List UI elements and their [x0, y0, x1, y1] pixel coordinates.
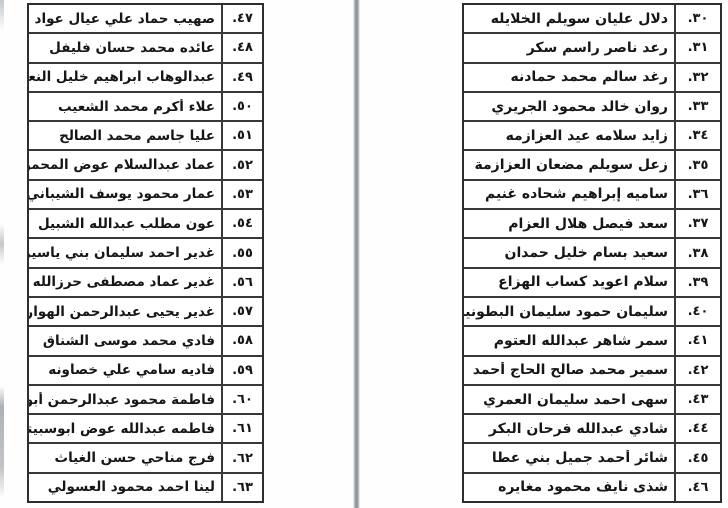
serial-number-cell: ٣٢.	[674, 64, 720, 91]
name-cell: رعد ناصر راسم سكر	[464, 40, 674, 56]
serial-number-cell: ٤٩.	[221, 64, 262, 91]
name-cell: فادي محمد موسى الشناق	[29, 333, 221, 349]
name-cell: سمير محمد صالح الحاج أحمد	[464, 362, 674, 378]
serial-number-cell: ٦٣.	[221, 474, 262, 501]
table-row: ٣٤. زايد سلامه عيد العزازمه	[464, 120, 720, 149]
table-row: ٤٦. شذى نايف محمود مغايره	[464, 472, 720, 501]
name-cell: عبدالوهاب ابراهيم خليل النعيم	[29, 69, 221, 85]
serial-number-cell: ٤١.	[674, 327, 720, 354]
table-row: ٦٠. فاطمة محمود عبدالرحمن أبو عجمية	[29, 384, 262, 413]
name-cell: صهيب حماد علي عيال عواد	[29, 11, 221, 27]
serial-number-cell: ٣١.	[674, 34, 720, 61]
serial-number-cell: ٣٩.	[674, 269, 720, 296]
serial-number-cell: ٤٣.	[674, 386, 720, 413]
names-table-47-63: ٤٧. صهيب حماد علي عيال عواد ٤٨. عائده مح…	[27, 3, 264, 503]
table-row: ٤٣. سهى احمد سليمان العمري	[464, 384, 720, 413]
table-row: ٣٢. رغد سالم محمد حمادنه	[464, 62, 720, 91]
serial-number-cell: ٣٨.	[674, 239, 720, 266]
serial-number-cell: ٥٢.	[221, 151, 262, 178]
table-row: ٣١. رعد ناصر راسم سكر	[464, 32, 720, 61]
serial-number-cell: ٥٩.	[221, 357, 262, 384]
name-cell: زعل سويلم مضعان العزازمة	[464, 157, 674, 173]
table-row: ٤٨. عائده محمد حسان فليفل	[29, 32, 262, 61]
name-cell: عليا جاسم محمد الصالح	[29, 128, 221, 144]
scanned-document-page: ٤٧. صهيب حماد علي عيال عواد ٤٨. عائده مح…	[0, 0, 728, 508]
table-row: ٤١. سمر شاهر عبدالله العتوم	[464, 325, 720, 354]
table-row: ٥٤. عون مطلب عبدالله الشبيل	[29, 208, 262, 237]
serial-number-cell: ٤٨.	[221, 34, 262, 61]
name-cell: غدير عماد مصطفى حرزالله	[29, 274, 221, 290]
name-cell: غدير احمد سليمان بني ياسين	[29, 245, 221, 261]
name-cell: فاطمة محمود عبدالرحمن أبو عجمية	[29, 392, 221, 408]
serial-number-cell: ٦٢.	[221, 444, 262, 471]
serial-number-cell: ٤٦.	[674, 474, 720, 501]
serial-number-cell: ٦٠.	[221, 386, 262, 413]
table-row: ٥٦. غدير عماد مصطفى حرزالله	[29, 267, 262, 296]
serial-number-cell: ٣٣.	[674, 93, 720, 120]
serial-number-cell: ٥٤.	[221, 210, 262, 237]
name-cell: عمار محمود يوسف الشيباني	[29, 186, 221, 202]
name-cell: دلال عليان سويلم الخلايله	[464, 11, 674, 27]
table-row: ٥٥. غدير احمد سليمان بني ياسين	[29, 237, 262, 266]
name-cell: عائده محمد حسان فليفل	[29, 40, 221, 56]
name-cell: عماد عبدالسلام عوض المحمود	[29, 157, 221, 173]
table-row: ٥٨. فادي محمد موسى الشناق	[29, 325, 262, 354]
name-cell: ساميه إبراهيم شحاده غنيم	[464, 186, 674, 202]
table-row: ٦١. فاطمه عبدالله عوض ابوسبيتان	[29, 413, 262, 442]
name-cell: روان خالد محمود الجريري	[464, 99, 674, 115]
name-cell: لينا احمد محمود العسولي	[29, 479, 221, 495]
table-row: ٥٧. غدير يحيى عبدالرحمن الهواري	[29, 296, 262, 325]
table-row: ٥٣. عمار محمود يوسف الشيباني	[29, 179, 262, 208]
name-cell: رغد سالم محمد حمادنه	[464, 69, 674, 85]
serial-number-cell: ٣٦.	[674, 181, 720, 208]
center-fold-scan-line	[353, 0, 360, 508]
name-cell: فرج مناحي حسن الغياث	[29, 450, 221, 466]
table-row: ٣٠. دلال عليان سويلم الخلايله	[464, 5, 720, 32]
table-row: ٤٤. شادي عبدالله فرحان البكر	[464, 413, 720, 442]
name-cell: غدير يحيى عبدالرحمن الهواري	[29, 304, 221, 320]
table-row: ٣٥. زعل سويلم مضعان العزازمة	[464, 149, 720, 178]
serial-number-cell: ٤٥.	[674, 444, 720, 471]
serial-number-cell: ٤٤.	[674, 415, 720, 442]
table-row: ٤٠. سليمان حمود سليمان البطونيه	[464, 296, 720, 325]
table-row: ٥٠. علاء أكرم محمد الشعيب	[29, 91, 262, 120]
serial-number-cell: ٣٠.	[674, 5, 720, 32]
table-row: ٤٥. شائر أحمد جميل بني عطا	[464, 442, 720, 471]
serial-number-cell: ٥٨.	[221, 327, 262, 354]
table-row: ٥١. عليا جاسم محمد الصالح	[29, 120, 262, 149]
serial-number-cell: ٤٠.	[674, 298, 720, 325]
serial-number-cell: ٦١.	[221, 415, 262, 442]
name-cell: سمر شاهر عبدالله العتوم	[464, 333, 674, 349]
table-row: ٤٧. صهيب حماد علي عيال عواد	[29, 5, 262, 32]
table-row: ٥٢. عماد عبدالسلام عوض المحمود	[29, 149, 262, 178]
serial-number-cell: ٥١.	[221, 122, 262, 149]
name-cell: سهى احمد سليمان العمري	[464, 392, 674, 408]
name-cell: شذى نايف محمود مغايره	[464, 479, 674, 495]
table-row: ٣٨. سعيد بسام خليل حمدان	[464, 237, 720, 266]
name-cell: سعيد بسام خليل حمدان	[464, 245, 674, 261]
table-row: ٣٧. سعد فيصل هلال العزام	[464, 208, 720, 237]
serial-number-cell: ٣٥.	[674, 151, 720, 178]
name-cell: شادي عبدالله فرحان البكر	[464, 421, 674, 437]
name-cell: سعد فيصل هلال العزام	[464, 216, 674, 232]
table-row: ٣٩. سلام اعويد كساب الهزاع	[464, 267, 720, 296]
table-row: ٣٦. ساميه إبراهيم شحاده غنيم	[464, 179, 720, 208]
serial-number-cell: ٤٢.	[674, 357, 720, 384]
serial-number-cell: ٥٦.	[221, 269, 262, 296]
name-cell: علاء أكرم محمد الشعيب	[29, 99, 221, 115]
serial-number-cell: ٥٧.	[221, 298, 262, 325]
name-cell: زايد سلامه عيد العزازمه	[464, 128, 674, 144]
table-row: ٣٣. روان خالد محمود الجريري	[464, 91, 720, 120]
serial-number-cell: ٥٥.	[221, 239, 262, 266]
table-row: ٤٢. سمير محمد صالح الحاج أحمد	[464, 355, 720, 384]
serial-number-cell: ٥٣.	[221, 181, 262, 208]
left-page-edge-artifact	[0, 0, 4, 508]
serial-number-cell: ٥٠.	[221, 93, 262, 120]
serial-number-cell: ٤٧.	[221, 5, 262, 32]
name-cell: عون مطلب عبدالله الشبيل	[29, 216, 221, 232]
table-row: ٥٩. فاديه سامي علي خصاونه	[29, 355, 262, 384]
name-cell: سلام اعويد كساب الهزاع	[464, 274, 674, 290]
table-row: ٦٢. فرج مناحي حسن الغياث	[29, 442, 262, 471]
name-cell: شائر أحمد جميل بني عطا	[464, 450, 674, 466]
table-row: ٤٩. عبدالوهاب ابراهيم خليل النعيم	[29, 62, 262, 91]
name-cell: سليمان حمود سليمان البطونيه	[464, 304, 674, 320]
table-row: ٦٣. لينا احمد محمود العسولي	[29, 472, 262, 501]
name-cell: فاديه سامي علي خصاونه	[29, 362, 221, 378]
name-cell: فاطمه عبدالله عوض ابوسبيتان	[29, 421, 221, 437]
serial-number-cell: ٣٤.	[674, 122, 720, 149]
serial-number-cell: ٣٧.	[674, 210, 720, 237]
names-table-30-46: ٣٠. دلال عليان سويلم الخلايله ٣١. رعد نا…	[462, 3, 722, 503]
